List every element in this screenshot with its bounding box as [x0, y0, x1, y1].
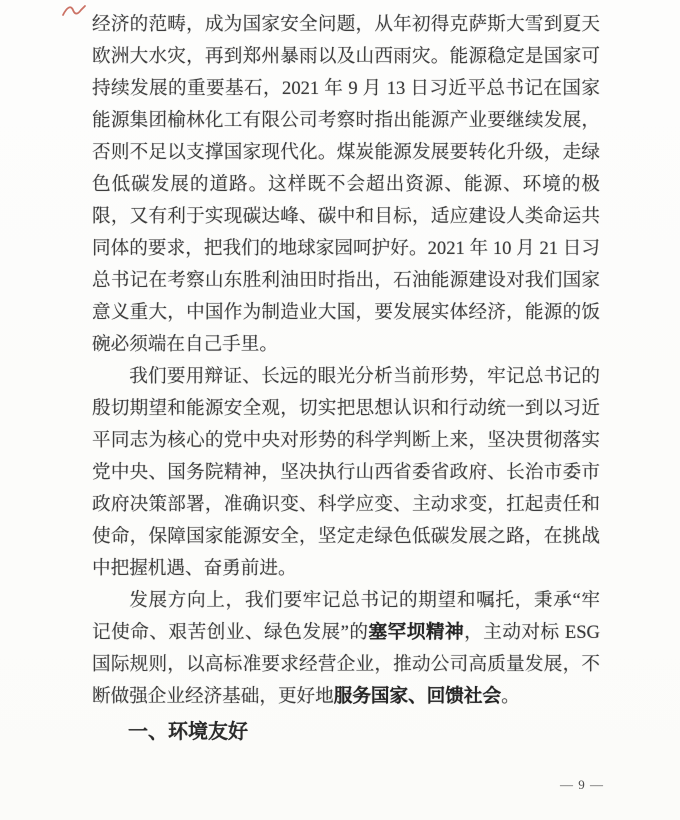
bold-phrase-saihanba-spirit: 塞罕坝精神	[368, 622, 464, 643]
paragraph-energy-security: 经济的范畴，成为国家安全问题，从年初得克萨斯大雪到夏天欧洲大水灾，再到郑州暴雨以…	[92, 9, 600, 361]
red-pen-mark	[61, 2, 87, 22]
paragraph-text-segment: 。	[501, 686, 520, 707]
bold-phrase-serve-country: 服务国家、回馈社会	[334, 686, 501, 707]
paragraph-development-direction: 发展方向上，我们要牢记总书记的期望和嘱托，秉承“牢记使命、艰苦创业、绿色发展”的…	[92, 585, 600, 713]
document-body: 经济的范畴，成为国家安全问题，从年初得克萨斯大雪到夏天欧洲大水灾，再到郑州暴雨以…	[92, 9, 600, 748]
page-number: — 9 —	[560, 777, 604, 793]
paragraph-situation-analysis: 我们要用辩证、长远的眼光分析当前形势，牢记总书记的殷切期望和能源安全观，切实把思…	[92, 361, 600, 585]
document-page: 经济的范畴，成为国家安全问题，从年初得克萨斯大雪到夏天欧洲大水灾，再到郑州暴雨以…	[0, 0, 680, 820]
section-heading-environment-friendly: 一、环境友好	[92, 716, 600, 748]
